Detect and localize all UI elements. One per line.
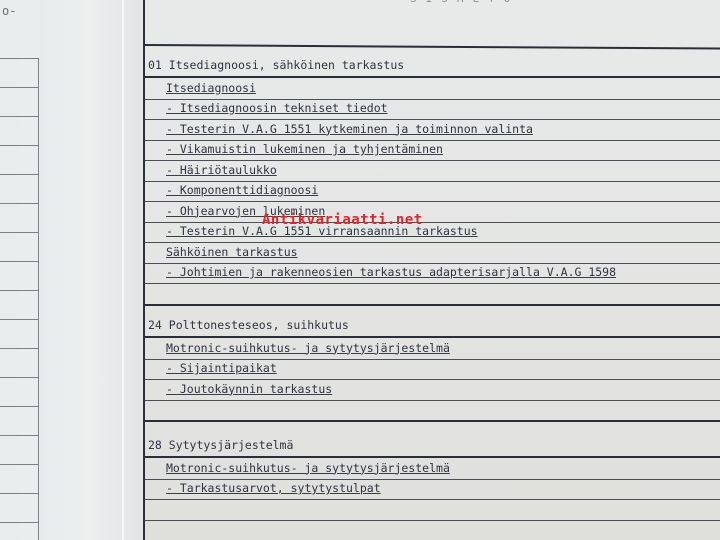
page-fold (122, 0, 124, 540)
left-table-rule (0, 174, 38, 175)
section-heading: 28 Sytytysjärjestelmä (145, 432, 720, 458)
toc-entry-text: - Tarkastusarvot, sytytystulpat (166, 478, 381, 499)
toc-entry-text: - Joutokäynnin tarkastus (166, 379, 332, 400)
page-title: SISÄLTÖ (410, 0, 519, 5)
left-table-rule (0, 377, 38, 378)
section-heading: 01 Itsediagnoosi, sähköinen tarkastus (145, 52, 720, 78)
toc-entry: Sähköinen tarkastus (145, 242, 720, 264)
left-table-rule (0, 58, 38, 59)
left-table-rule (0, 261, 38, 262)
section-heading: 24 Polttonesteseos, suihkutus (145, 312, 720, 338)
toc-empty-row (145, 520, 720, 540)
left-table-rule (0, 145, 38, 146)
left-table-rule (0, 464, 38, 465)
toc-entry: - Ohjearvojen lukeminen (145, 201, 720, 223)
toc-entry-text: - Testerin V.A.G 1551 kytkeminen ja toim… (166, 119, 533, 140)
watermark: Antikvariaatti.net (262, 212, 423, 228)
left-page-table (0, 58, 39, 540)
left-table-rule (0, 290, 38, 291)
toc-entry: Itsediagnoosi (145, 78, 720, 100)
table-of-contents-page: SISÄLTÖ 01 Itsediagnoosi, sähköinen tark… (143, 0, 720, 540)
left-table-rule (0, 116, 38, 117)
toc-entry: - Vikamuistin lukeminen ja tyhjentäminen (145, 140, 720, 162)
toc-entry: - Tarkastusarvot, sytytystulpat (145, 479, 720, 501)
left-table-rule (0, 319, 38, 320)
toc-entry: Motronic-suihkutus- ja sytytysjärjestelm… (145, 338, 720, 360)
toc-empty-row (145, 499, 720, 521)
toc-entry-text: - Itsediagnoosin tekniset tiedot (166, 98, 388, 119)
toc-entry: - Itsediagnoosin tekniset tiedot (145, 99, 720, 121)
toc-entry: Motronic-suihkutus- ja sytytysjärjestelm… (145, 458, 720, 480)
left-table-rule (0, 435, 38, 436)
left-table-rule (0, 87, 38, 88)
toc-entry-text: Motronic-suihkutus- ja sytytysjärjestelm… (166, 458, 450, 479)
left-table-rule (0, 232, 38, 233)
toc-entry: - Joutokäynnin tarkastus (145, 379, 720, 401)
left-table-rule (0, 493, 38, 494)
toc-entry: - Häiriötaulukko (145, 160, 720, 182)
toc-entry-text: - Häiriötaulukko (166, 160, 277, 181)
toc-empty-row (145, 283, 720, 306)
toc-entry-text: - Komponenttidiagnoosi (166, 180, 318, 201)
toc-entry-text: Sähköinen tarkastus (166, 242, 298, 263)
section-heading-text: 01 Itsediagnoosi, sähköinen tarkastus (148, 55, 404, 76)
top-rule (145, 44, 720, 50)
toc-entry-text: - Johtimien ja rakenneosien tarkastus ad… (166, 262, 616, 283)
toc-entry: - Komponenttidiagnoosi (145, 181, 720, 203)
section-heading-text: 24 Polttonesteseos, suihkutus (148, 315, 349, 336)
toc-entry: - Testerin V.A.G 1551 kytkeminen ja toim… (145, 119, 720, 141)
left-table-rule (0, 348, 38, 349)
toc-entry: - Testerin V.A.G 1551 virransaannin tark… (145, 222, 720, 244)
toc-entry: - Johtimien ja rakenneosien tarkastus ad… (145, 263, 720, 285)
toc-entry-text: - Sijaintipaikat (166, 358, 277, 379)
left-page-header-fragment: o- (2, 4, 16, 18)
toc-entry-text: Itsediagnoosi (166, 78, 256, 99)
left-table-rule (0, 522, 38, 523)
toc-empty-row (145, 400, 720, 423)
page-gutter (40, 0, 140, 540)
toc-entry: - Sijaintipaikat (145, 359, 720, 381)
section-heading-text: 28 Sytytysjärjestelmä (148, 435, 293, 456)
left-table-rule (0, 406, 38, 407)
toc-entry-text: Motronic-suihkutus- ja sytytysjärjestelm… (166, 338, 450, 359)
toc-entry-text: - Vikamuistin lukeminen ja tyhjentäminen (166, 139, 443, 160)
left-table-rule (0, 203, 38, 204)
